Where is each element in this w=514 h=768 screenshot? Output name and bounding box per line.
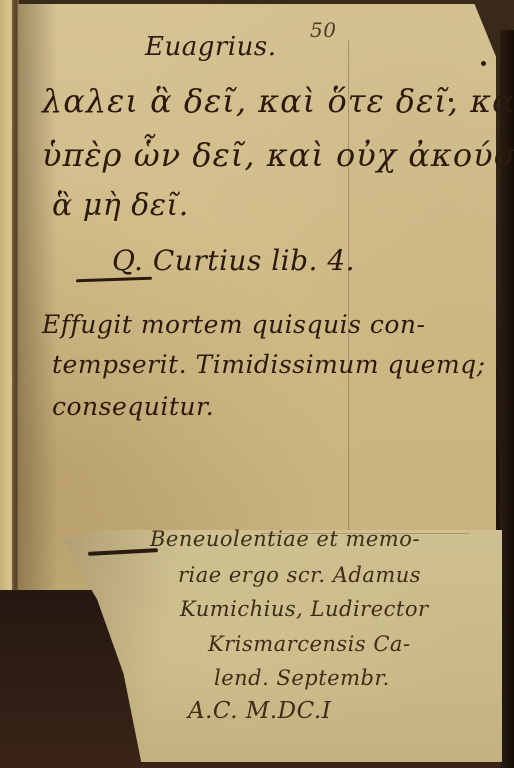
dedication-line: Kumichius, Ludirector: [180, 597, 429, 621]
dedication-line: riae ergo scr. Adamus: [178, 563, 421, 587]
latin-line: Effugit mortem quisquis con-: [42, 310, 425, 339]
latin-line: consequitur.: [52, 392, 214, 421]
greek-line: λαλει ἃ δεῖ, καὶ ὅτε δεῖ, καὶ: [42, 82, 514, 120]
greek-line: ἃ μὴ δεῖ.: [52, 188, 189, 223]
citation-curtius: Q. Curtius lib. 4.: [112, 244, 355, 277]
ink-speck: [449, 98, 453, 102]
dedication-date: A.C. M.DC.I: [188, 698, 331, 724]
dedication-line: Krismarcensis Ca-: [208, 632, 411, 656]
ink-speck: [481, 61, 486, 66]
folio-number: 50: [310, 18, 336, 42]
latin-line: tempserit. Timidissimum quemq;: [52, 350, 486, 379]
greek-line: ὑπὲρ ὧν δεῖ, καὶ οὐχ ἀκούσῃ: [42, 136, 514, 174]
heading-euagrius: Euagrius.: [145, 32, 276, 62]
dedication-line: Beneuolentiae et memo-: [150, 527, 420, 551]
dedication-line: lend. Septembr.: [214, 666, 390, 690]
